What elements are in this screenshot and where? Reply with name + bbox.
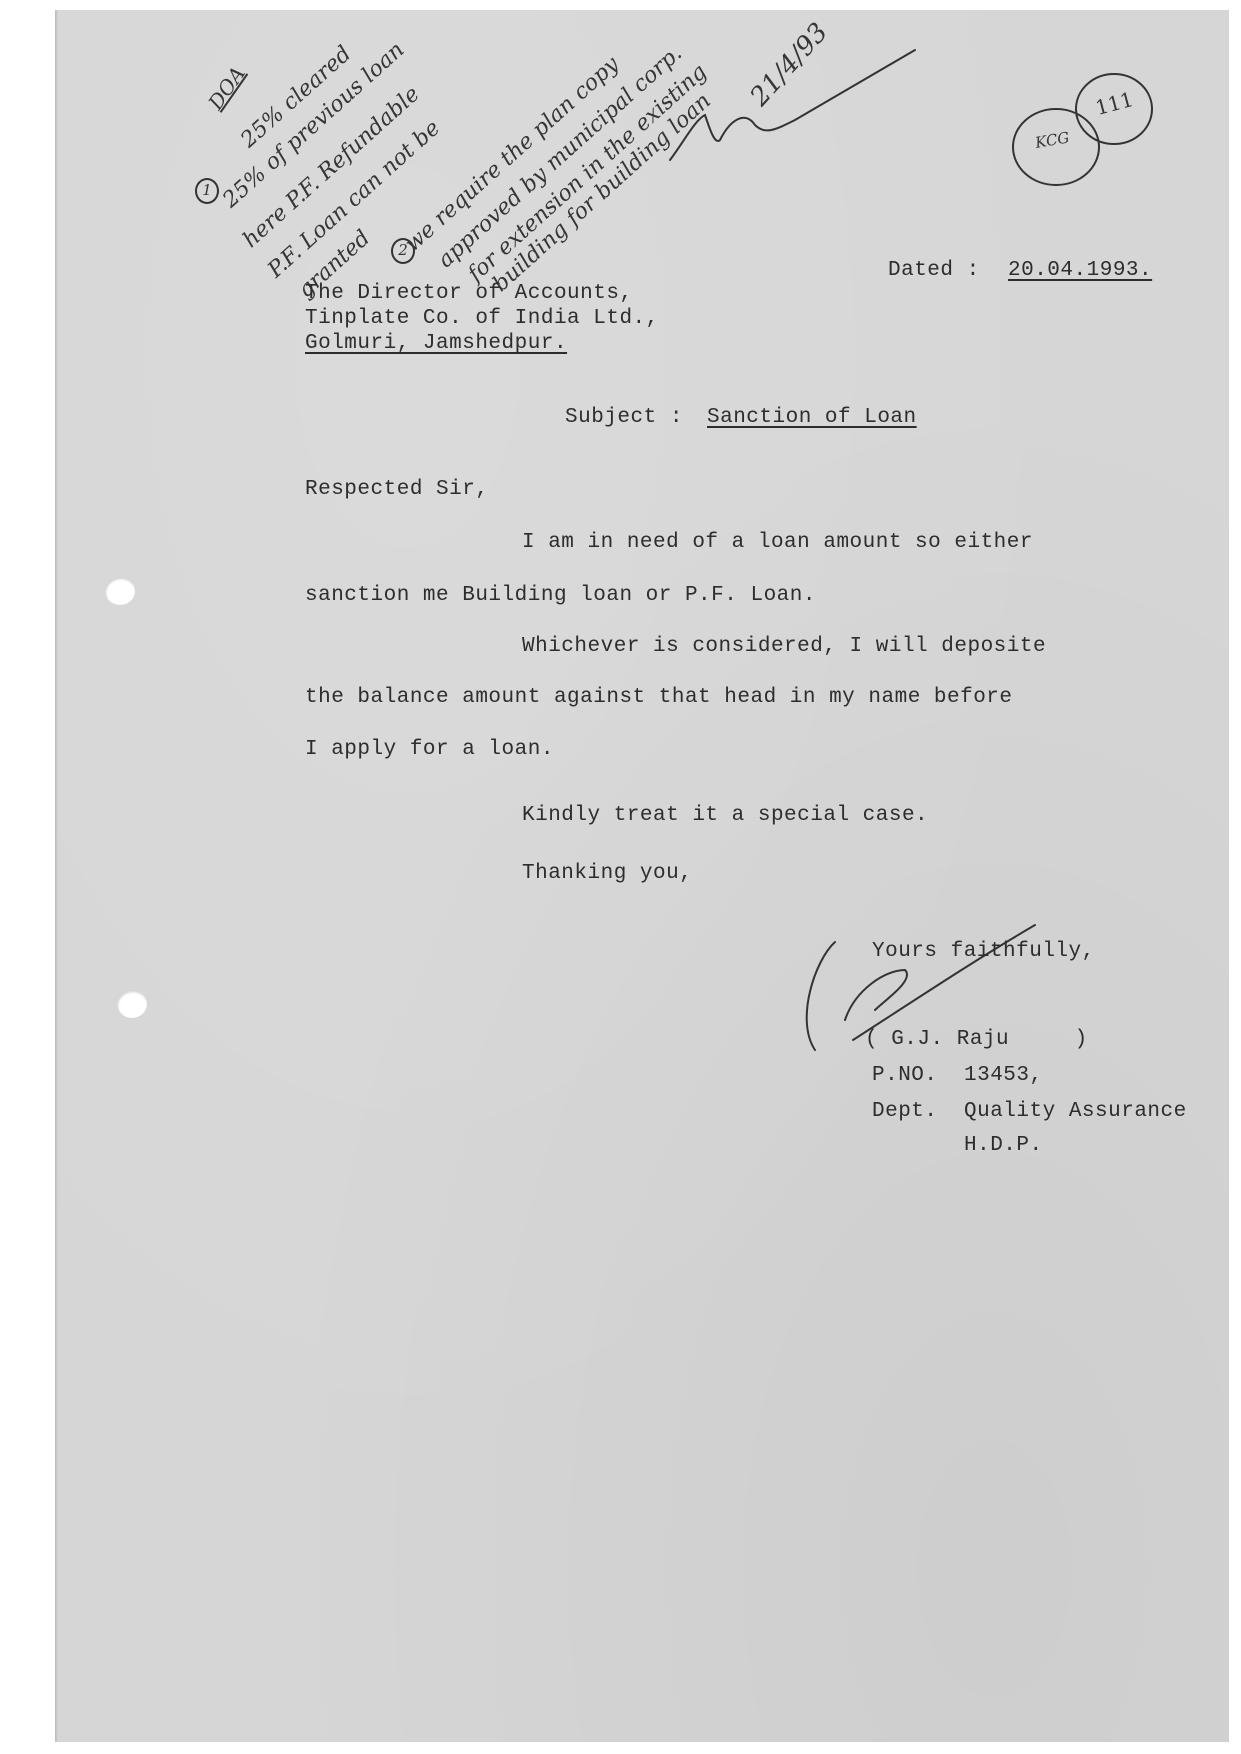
signatory-dept-value: Quality Assurance — [964, 1100, 1187, 1123]
signatory-name: ( G.J. Raju ) — [865, 1028, 1088, 1051]
signatory-pno-label: P.NO. — [872, 1064, 938, 1087]
recipient-line-1: The Director of Accounts, — [305, 282, 633, 305]
date-value: 20.04.1993. — [1008, 259, 1152, 282]
subject-label: Subject : — [565, 406, 683, 429]
recipient-line-3: Golmuri, Jamshedpur. — [305, 332, 567, 355]
body-line-2: sanction me Building loan or P.F. Loan. — [305, 584, 816, 607]
body-line-4: the balance amount against that head in … — [305, 686, 1013, 709]
subject-value: Sanction of Loan — [707, 406, 917, 429]
signatory-dept-label: Dept. — [872, 1100, 938, 1123]
body-line-5: I apply for a loan. — [305, 738, 554, 761]
body-line-1: I am in need of a loan amount so either — [522, 531, 1033, 554]
body-line-6: Kindly treat it a special case. — [522, 804, 928, 827]
body-line-7: Thanking you, — [522, 862, 692, 885]
body-line-3: Whichever is considered, I will deposite — [522, 635, 1046, 658]
closing: Yours faithfully, — [872, 940, 1095, 963]
signatory-pno-value: 13453, — [964, 1064, 1043, 1087]
signatory-dept-sub: H.D.P. — [964, 1134, 1043, 1157]
recipient-line-2: Tinplate Co. of India Ltd., — [305, 307, 659, 330]
scanned-letter-page: DOA 1 25% cleared 25% of previous loan h… — [55, 10, 1229, 1742]
salutation: Respected Sir, — [305, 478, 488, 501]
date-label: Dated : — [888, 259, 980, 282]
